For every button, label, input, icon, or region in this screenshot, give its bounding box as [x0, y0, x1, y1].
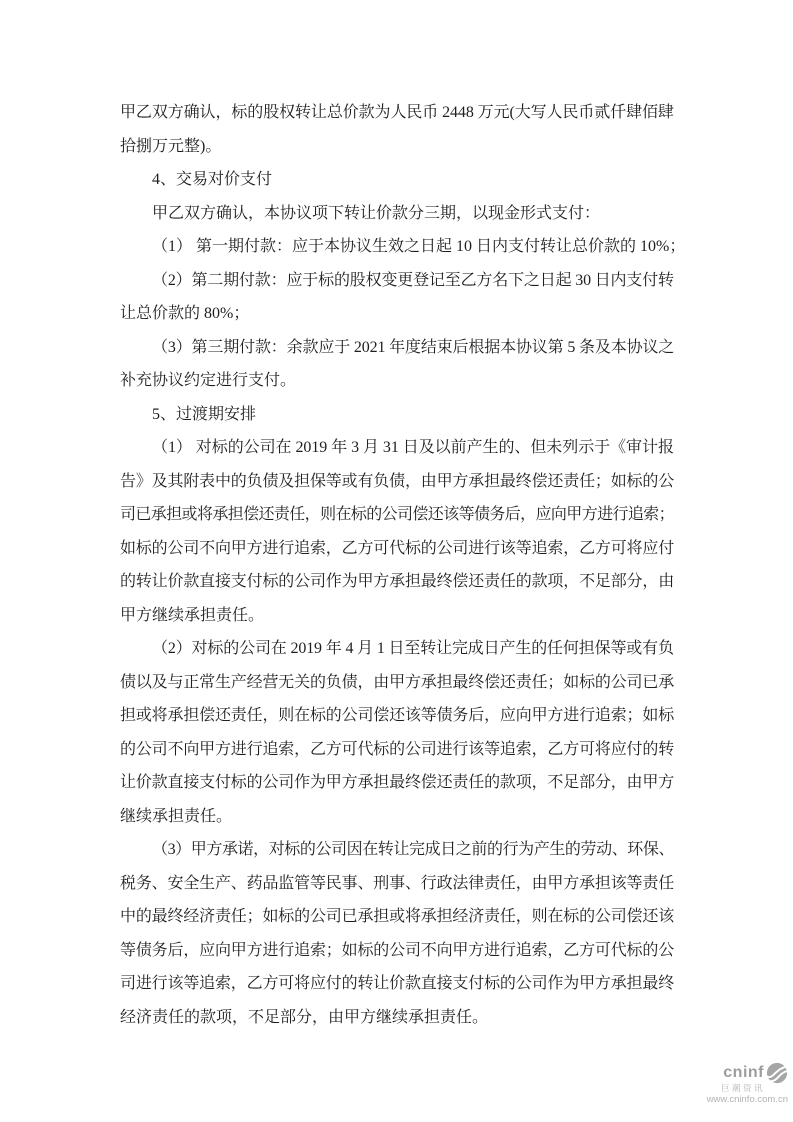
document-line: 让价款直接支付标的公司作为甲方承担最终偿还责任的款项，不足部分，由甲方	[120, 766, 674, 800]
document-line: 让总价款的 80%；	[120, 297, 674, 331]
document-line: 补充协议约定进行支付。	[120, 364, 674, 398]
document-line: （2）第二期付款：应于标的股权变更登记至乙方名下之日起 30 日内支付转	[120, 264, 674, 298]
document-line: （3）甲方承诺，对标的公司因在转让完成日之前的行为产生的劳动、环保、	[120, 833, 674, 867]
document-line: 甲方继续承担责任。	[120, 599, 674, 633]
cninfo-logo-text: cninf	[723, 1065, 764, 1081]
document-line: 5、过渡期安排	[120, 398, 674, 432]
document-line: 继续承担责任。	[120, 800, 674, 834]
cninfo-logo: cninf	[678, 1063, 788, 1083]
document-line: 的转让价款直接支付标的公司作为甲方承担最终偿还责任的款项，不足部分，由	[120, 565, 674, 599]
document-line: 司已承担或将承担偿还责任，则在标的公司偿还该等债务后，应向甲方进行追索；	[120, 498, 674, 532]
document-line: 拾捌万元整)。	[120, 130, 674, 164]
document-line: 甲乙双方确认，标的股权转让总价款为人民币 2448 万元(大写人民币贰仟肆佰肆	[120, 96, 674, 130]
cninfo-url: www.cninfo.com.cn	[678, 1094, 788, 1106]
document-line: 经济责任的款项，不足部分，由甲方继续承担责任。	[120, 1001, 674, 1035]
document-line: 4、交易对价支付	[120, 163, 674, 197]
document-line: 债以及与正常生产经营无关的负债，由甲方承担最终偿还责任；如标的公司已承	[120, 666, 674, 700]
cninfo-swirl-icon	[765, 1061, 790, 1086]
document-body: 甲乙双方确认，标的股权转让总价款为人民币 2448 万元(大写人民币贰仟肆佰肆拾…	[120, 96, 674, 1034]
document-line: 如标的公司不向甲方进行追索，乙方可代标的公司进行该等追索，乙方可将应付	[120, 532, 674, 566]
cninfo-watermark: cninf 巨潮资讯 www.cninfo.com.cn	[678, 1063, 788, 1106]
document-line: （3）第三期付款：余款应于 2021 年度结束后根据本协议第 5 条及本协议之	[120, 331, 674, 365]
document-line: 告》及其附表中的负债及担保等或有负债，由甲方承担最终偿还责任；如标的公	[120, 465, 674, 499]
document-line: 税务、安全生产、药品监管等民事、刑事、行政法律责任，由甲方承担该等责任	[120, 867, 674, 901]
document-line: （2）对标的公司在 2019 年 4 月 1 日至转让完成日产生的任何担保等或有…	[120, 632, 674, 666]
document-line: 等债务后，应向甲方进行追索；如标的公司不向甲方进行追索，乙方可代标的公	[120, 934, 674, 968]
document-line: 甲乙双方确认，本协议项下转让价款分三期，以现金形式支付：	[120, 197, 674, 231]
document-line: （1） 对标的公司在 2019 年 3 月 31 日及以前产生的、但未列示于《审…	[120, 431, 674, 465]
document-line: （1） 第一期付款：应于本协议生效之日起 10 日内支付转让总价款的 10%；	[120, 230, 674, 264]
document-line: 担或将承担偿还责任，则在标的公司偿还该等债务后，应向甲方进行追索；如标	[120, 699, 674, 733]
document-line: 中的最终经济责任；如标的公司已承担或将承担经济责任，则在标的公司偿还该	[120, 900, 674, 934]
document-line: 司进行该等追索，乙方可将应付的转让价款直接支付标的公司作为甲方承担最终	[120, 967, 674, 1001]
document-line: 的公司不向甲方进行追索，乙方可代标的公司进行该等追索，乙方可将应付的转	[120, 733, 674, 767]
contract-document-page: 甲乙双方确认，标的股权转让总价款为人民币 2448 万元(大写人民币贰仟肆佰肆拾…	[0, 0, 793, 1122]
